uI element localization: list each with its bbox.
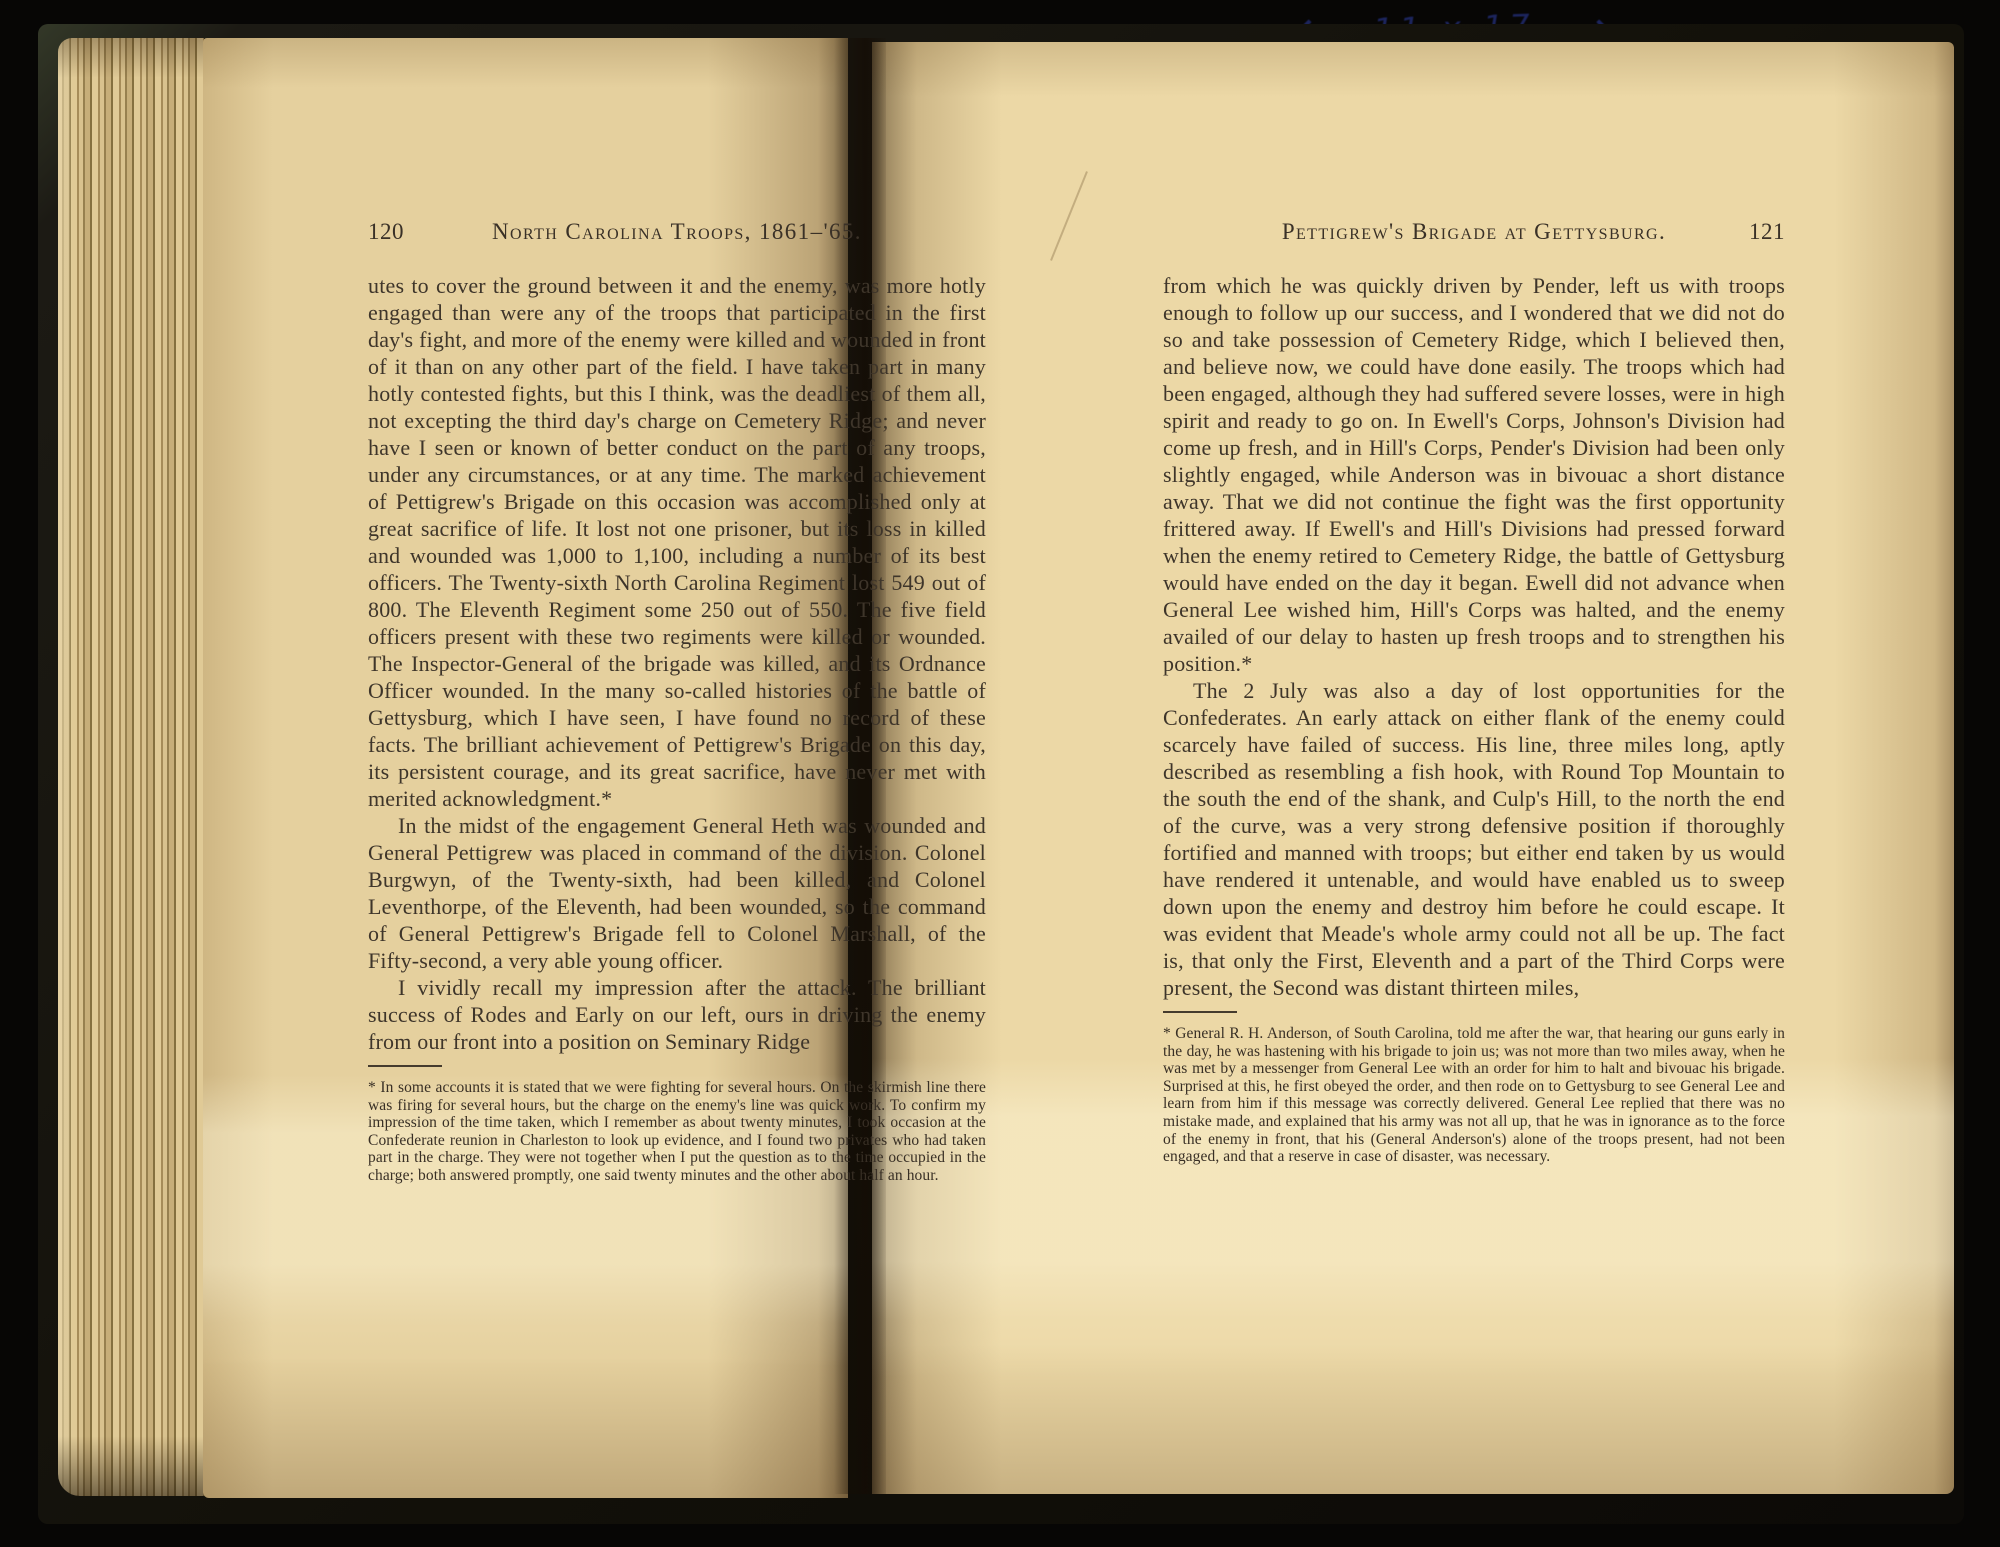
right-body-text: from which he was quickly driven by Pend… xyxy=(1163,272,1785,1001)
right-page-number: 121 xyxy=(1721,218,1785,246)
left-footnote: * In some accounts it is stated that we … xyxy=(368,1079,986,1185)
paragraph: from which he was quickly driven by Pend… xyxy=(1163,272,1785,677)
left-page-text: 120 North Carolina Troops, 1861–'65. ute… xyxy=(368,218,986,1185)
left-running-title: North Carolina Troops, 1861–'65. xyxy=(432,218,922,246)
paragraph: I vividly recall my impression after the… xyxy=(368,974,986,1055)
right-page-text: Pettigrew's Brigade at Gettysburg. 121 f… xyxy=(1163,218,1785,1166)
fore-edge-pages xyxy=(58,38,204,1496)
right-footnote-rule xyxy=(1163,1011,1237,1013)
right-footnote: * General R. H. Anderson, of South Carol… xyxy=(1163,1025,1785,1166)
photo-background: ← 11 x 17 → 120 North Carolina Troops, 1… xyxy=(0,0,2000,1547)
paragraph: The 2 July was also a day of lost opport… xyxy=(1163,677,1785,1001)
left-page-number: 120 xyxy=(368,218,432,246)
right-running-head: Pettigrew's Brigade at Gettysburg. 121 xyxy=(1163,218,1785,246)
right-running-title: Pettigrew's Brigade at Gettysburg. xyxy=(1227,218,1721,246)
left-body-text: utes to cover the ground between it and … xyxy=(368,272,986,1055)
paragraph: In the midst of the engagement General H… xyxy=(368,812,986,974)
paragraph: utes to cover the ground between it and … xyxy=(368,272,986,812)
left-running-head: 120 North Carolina Troops, 1861–'65. xyxy=(368,218,986,246)
left-footnote-rule xyxy=(368,1065,442,1067)
